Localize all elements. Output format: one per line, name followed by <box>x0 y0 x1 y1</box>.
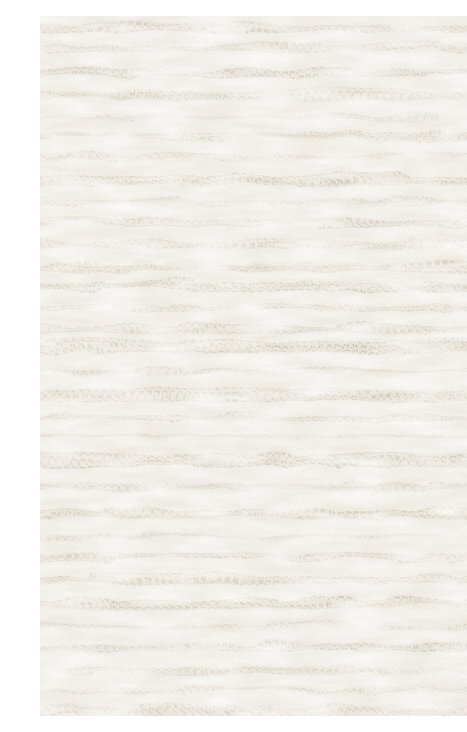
photo-grain <box>40 16 467 716</box>
rug-texture-photo <box>40 16 467 716</box>
rug-texture-canvas <box>40 16 467 716</box>
